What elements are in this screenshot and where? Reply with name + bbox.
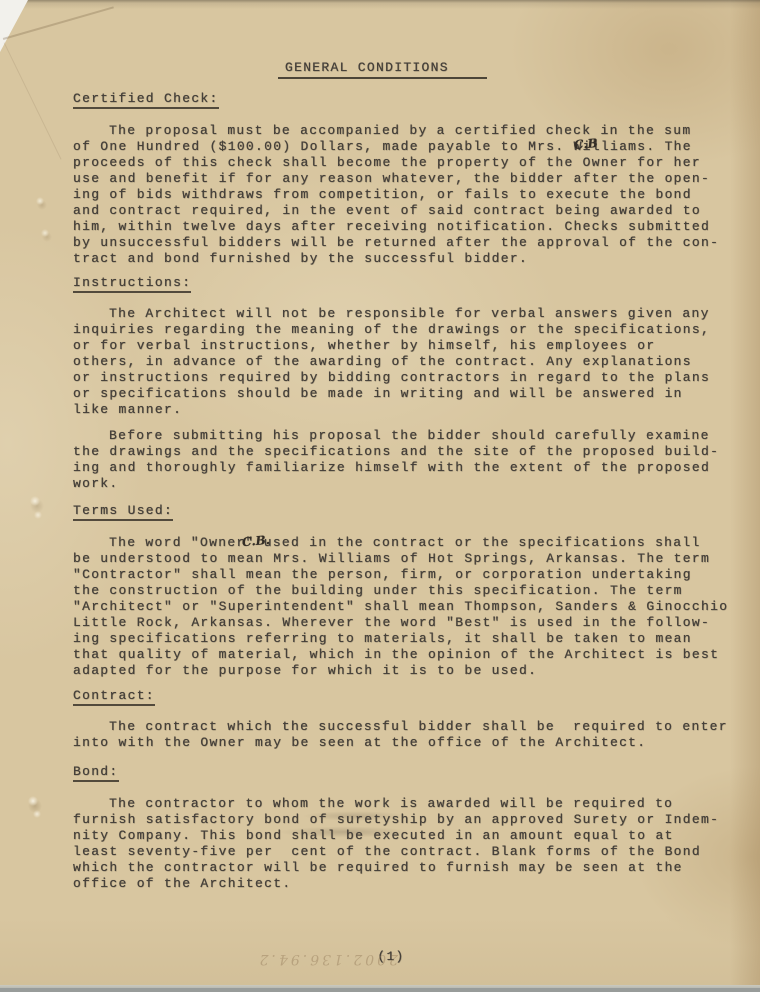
section-heading: Instructions: bbox=[73, 275, 191, 293]
section-heading: Terms Used: bbox=[73, 503, 173, 521]
paper-crease bbox=[3, 42, 61, 159]
section-contract: Contract:The contract which the successf… bbox=[73, 688, 733, 751]
paper-page: GENERAL CONDITIONS Certified Check:The p… bbox=[0, 0, 760, 985]
paragraph: The Architect will not be responsible fo… bbox=[73, 306, 733, 418]
typed-content: GENERAL CONDITIONS Certified Check:The p… bbox=[73, 60, 733, 965]
section-terms-used: Terms Used:The word "Owner" used in the … bbox=[73, 503, 733, 679]
page-number: (1) bbox=[73, 949, 733, 965]
section-heading: Bond: bbox=[73, 764, 119, 782]
handwritten-initials-annotation: C.B bbox=[573, 136, 598, 152]
accession-number-pencil-note: 2002.136.94.2 bbox=[238, 951, 398, 967]
paragraph: The contractor to whom the work is award… bbox=[73, 796, 733, 892]
sections: Certified Check:The proposal must be acc… bbox=[73, 91, 733, 892]
page-title: GENERAL CONDITIONS bbox=[278, 60, 487, 79]
paragraph: The word "Owner" used in the contract or… bbox=[73, 535, 733, 679]
paragraph: Before submitting his proposal the bidde… bbox=[73, 428, 733, 492]
section-instructions: Instructions:The Architect will not be r… bbox=[73, 275, 733, 492]
title-row: GENERAL CONDITIONS bbox=[73, 60, 733, 76]
paragraph: The contract which the successful bidder… bbox=[73, 719, 733, 751]
section-certified-check: Certified Check:The proposal must be acc… bbox=[73, 91, 733, 267]
section-heading: Certified Check: bbox=[73, 91, 219, 109]
section-heading: Contract: bbox=[73, 688, 155, 706]
paragraph: The proposal must be accompanied by a ce… bbox=[73, 123, 733, 267]
handwritten-initials-annotation: C.B. bbox=[241, 533, 270, 549]
section-bond: Bond:The contractor to whom the work is … bbox=[73, 764, 733, 892]
